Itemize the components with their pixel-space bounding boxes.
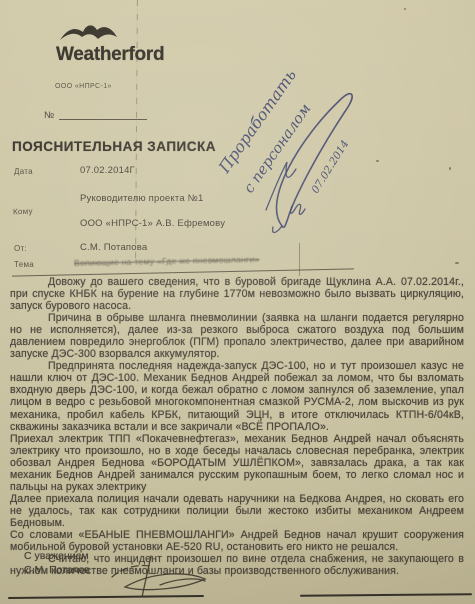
handwritten-date: 07.02.2014 — [309, 138, 351, 195]
paper-speck — [376, 160, 379, 162]
from-label: От: — [14, 244, 27, 253]
fold-crease-small — [299, 243, 300, 276]
document-photo: Weatherford ООО «НПРС-1» № ПОЯСНИТЕЛЬНАЯ… — [0, 0, 475, 604]
paper-speck — [449, 167, 451, 170]
subject-label: Тема — [14, 260, 34, 269]
bottom-edge-line-right — [300, 593, 472, 597]
subject-struck-text: Вопиющие на тему «Где же пневмошланги» — [74, 254, 260, 268]
number-label: № — [44, 110, 54, 121]
recipient-line2: ООО «НПРС-1» А.В. Ефремову — [80, 218, 225, 229]
page-title: ПОЯСНИТЕЛЬНАЯ ЗАПИСКА — [12, 139, 216, 154]
closing-signer-name: С.М. Потапов — [24, 563, 90, 577]
bottom-edge-line-left — [8, 595, 204, 599]
weatherford-wordmark: Weatherford — [56, 44, 164, 66]
date-label: Дата — [14, 167, 33, 176]
number-blank-line — [59, 119, 147, 120]
to-label: Кому — [13, 207, 33, 217]
handwritten-signature-flourish — [266, 94, 352, 233]
paragraph: Приехал электрик ТПП «Покачевнефтегаз», … — [10, 433, 464, 493]
body-paragraphs: Довожу до вашего сведения, что в буровой… — [10, 276, 464, 577]
closing-salutation: С уважением — [24, 549, 90, 563]
handwritten-annotation: Проработать с персоналом 07.02.2014 — [214, 66, 351, 197]
paragraph: Предпринята последняя надежда-запуск ДЭС… — [10, 360, 464, 432]
document-number-row: № — [44, 110, 147, 121]
paper-speck — [404, 8, 406, 10]
handwritten-word2: с персоналом — [241, 101, 314, 196]
date-value: 07.02.2014Г — [80, 165, 135, 176]
paper-speck — [455, 262, 459, 264]
paragraph: Довожу до вашего сведения, что в буровой… — [10, 276, 464, 312]
recipient-line1: Руководителю проекта №1 — [80, 193, 204, 204]
handwritten-word1: Проработать — [214, 66, 300, 177]
paragraph: Причина в обрыве шланга пневмолинии (зая… — [10, 312, 464, 360]
paragraph: Далее приехала полиция начали одевать на… — [10, 493, 464, 529]
closing-block: С уважением С.М. Потапов — [24, 549, 90, 577]
company-name: ООО «НПРС-1» — [55, 83, 112, 90]
from-value: С.М. Потапова — [80, 242, 147, 253]
